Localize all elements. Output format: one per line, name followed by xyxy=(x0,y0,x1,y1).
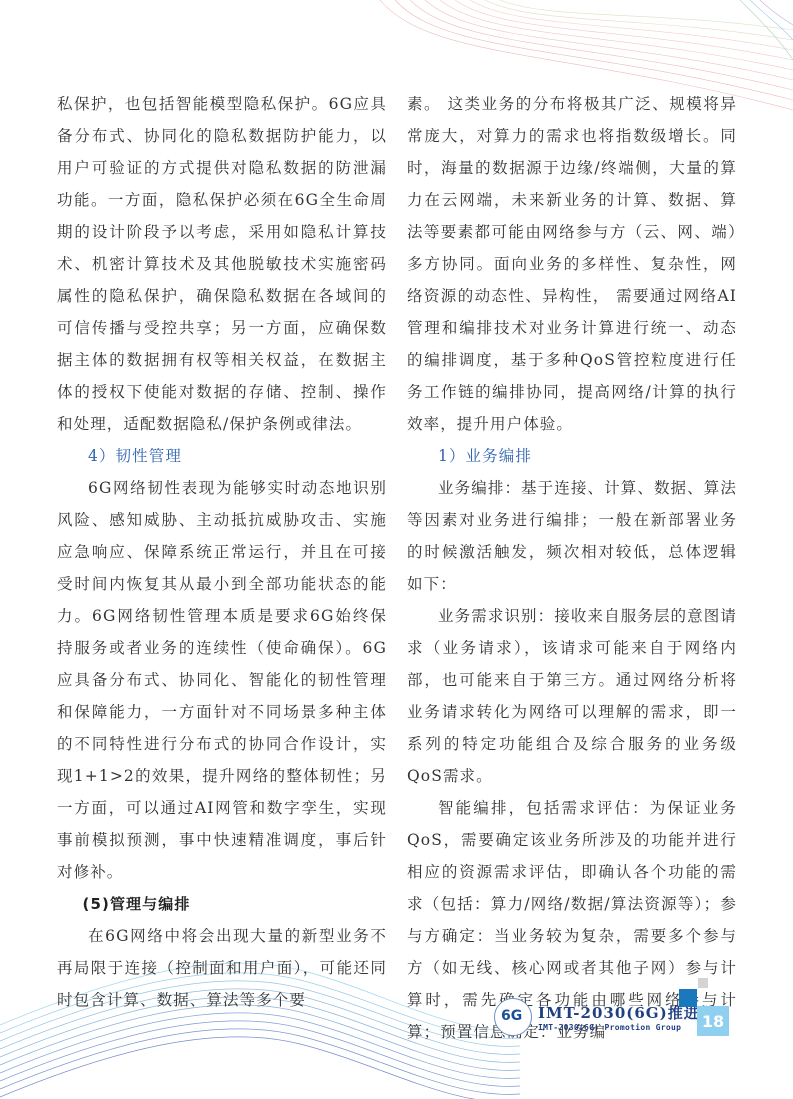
decorative-blue-square xyxy=(679,989,697,1007)
imt2030-logo-icon: 6G xyxy=(494,998,532,1036)
heading-resilience-management: 4）韧性管理 xyxy=(57,440,387,472)
org-name-en: IMT-2030(6G) Promotion Group xyxy=(538,1023,716,1032)
paragraph-orchestration-overview: 业务编排：基于连接、计算、数据、算法等因素对业务进行编排；一般在新部署业务的时候… xyxy=(407,472,737,600)
paragraph-requirement-identification: 业务需求识别：接收来自服务层的意图请求（业务请求），该请求可能来自于网络内部，也… xyxy=(407,600,737,792)
right-column: 素。 这类业务的分布将极其广泛、规模将异常庞大，对算力的需求也将指数级增长。同时… xyxy=(407,88,737,1048)
heading-service-orchestration: 1）业务编排 xyxy=(407,440,737,472)
paragraph-resilience: 6G网络韧性表现为能够实时动态地识别风险、感知威胁、主动抵抗威胁攻击、实施应急响… xyxy=(57,472,387,888)
paragraph-new-services: 在6G网络中将会出现大量的新型业务不再局限于连接（控制面和用户面），可能还同时包… xyxy=(57,920,387,1016)
decorative-gray-square xyxy=(698,978,708,988)
logo-text: 6G xyxy=(501,1008,522,1024)
heading-management-orchestration: (5)管理与编排 xyxy=(57,888,387,920)
left-column: 私保护，也包括智能模型隐私保护。6G应具备分布式、协同化的隐私数据防护能力，以用… xyxy=(57,88,387,1016)
paragraph-privacy: 私保护，也包括智能模型隐私保护。6G应具备分布式、协同化的隐私数据防护能力，以用… xyxy=(57,88,387,440)
page-number: 18 xyxy=(697,1006,729,1036)
paragraph-service-distribution: 素。 这类业务的分布将极其广泛、规模将异常庞大，对算力的需求也将指数级增长。同时… xyxy=(407,88,737,440)
